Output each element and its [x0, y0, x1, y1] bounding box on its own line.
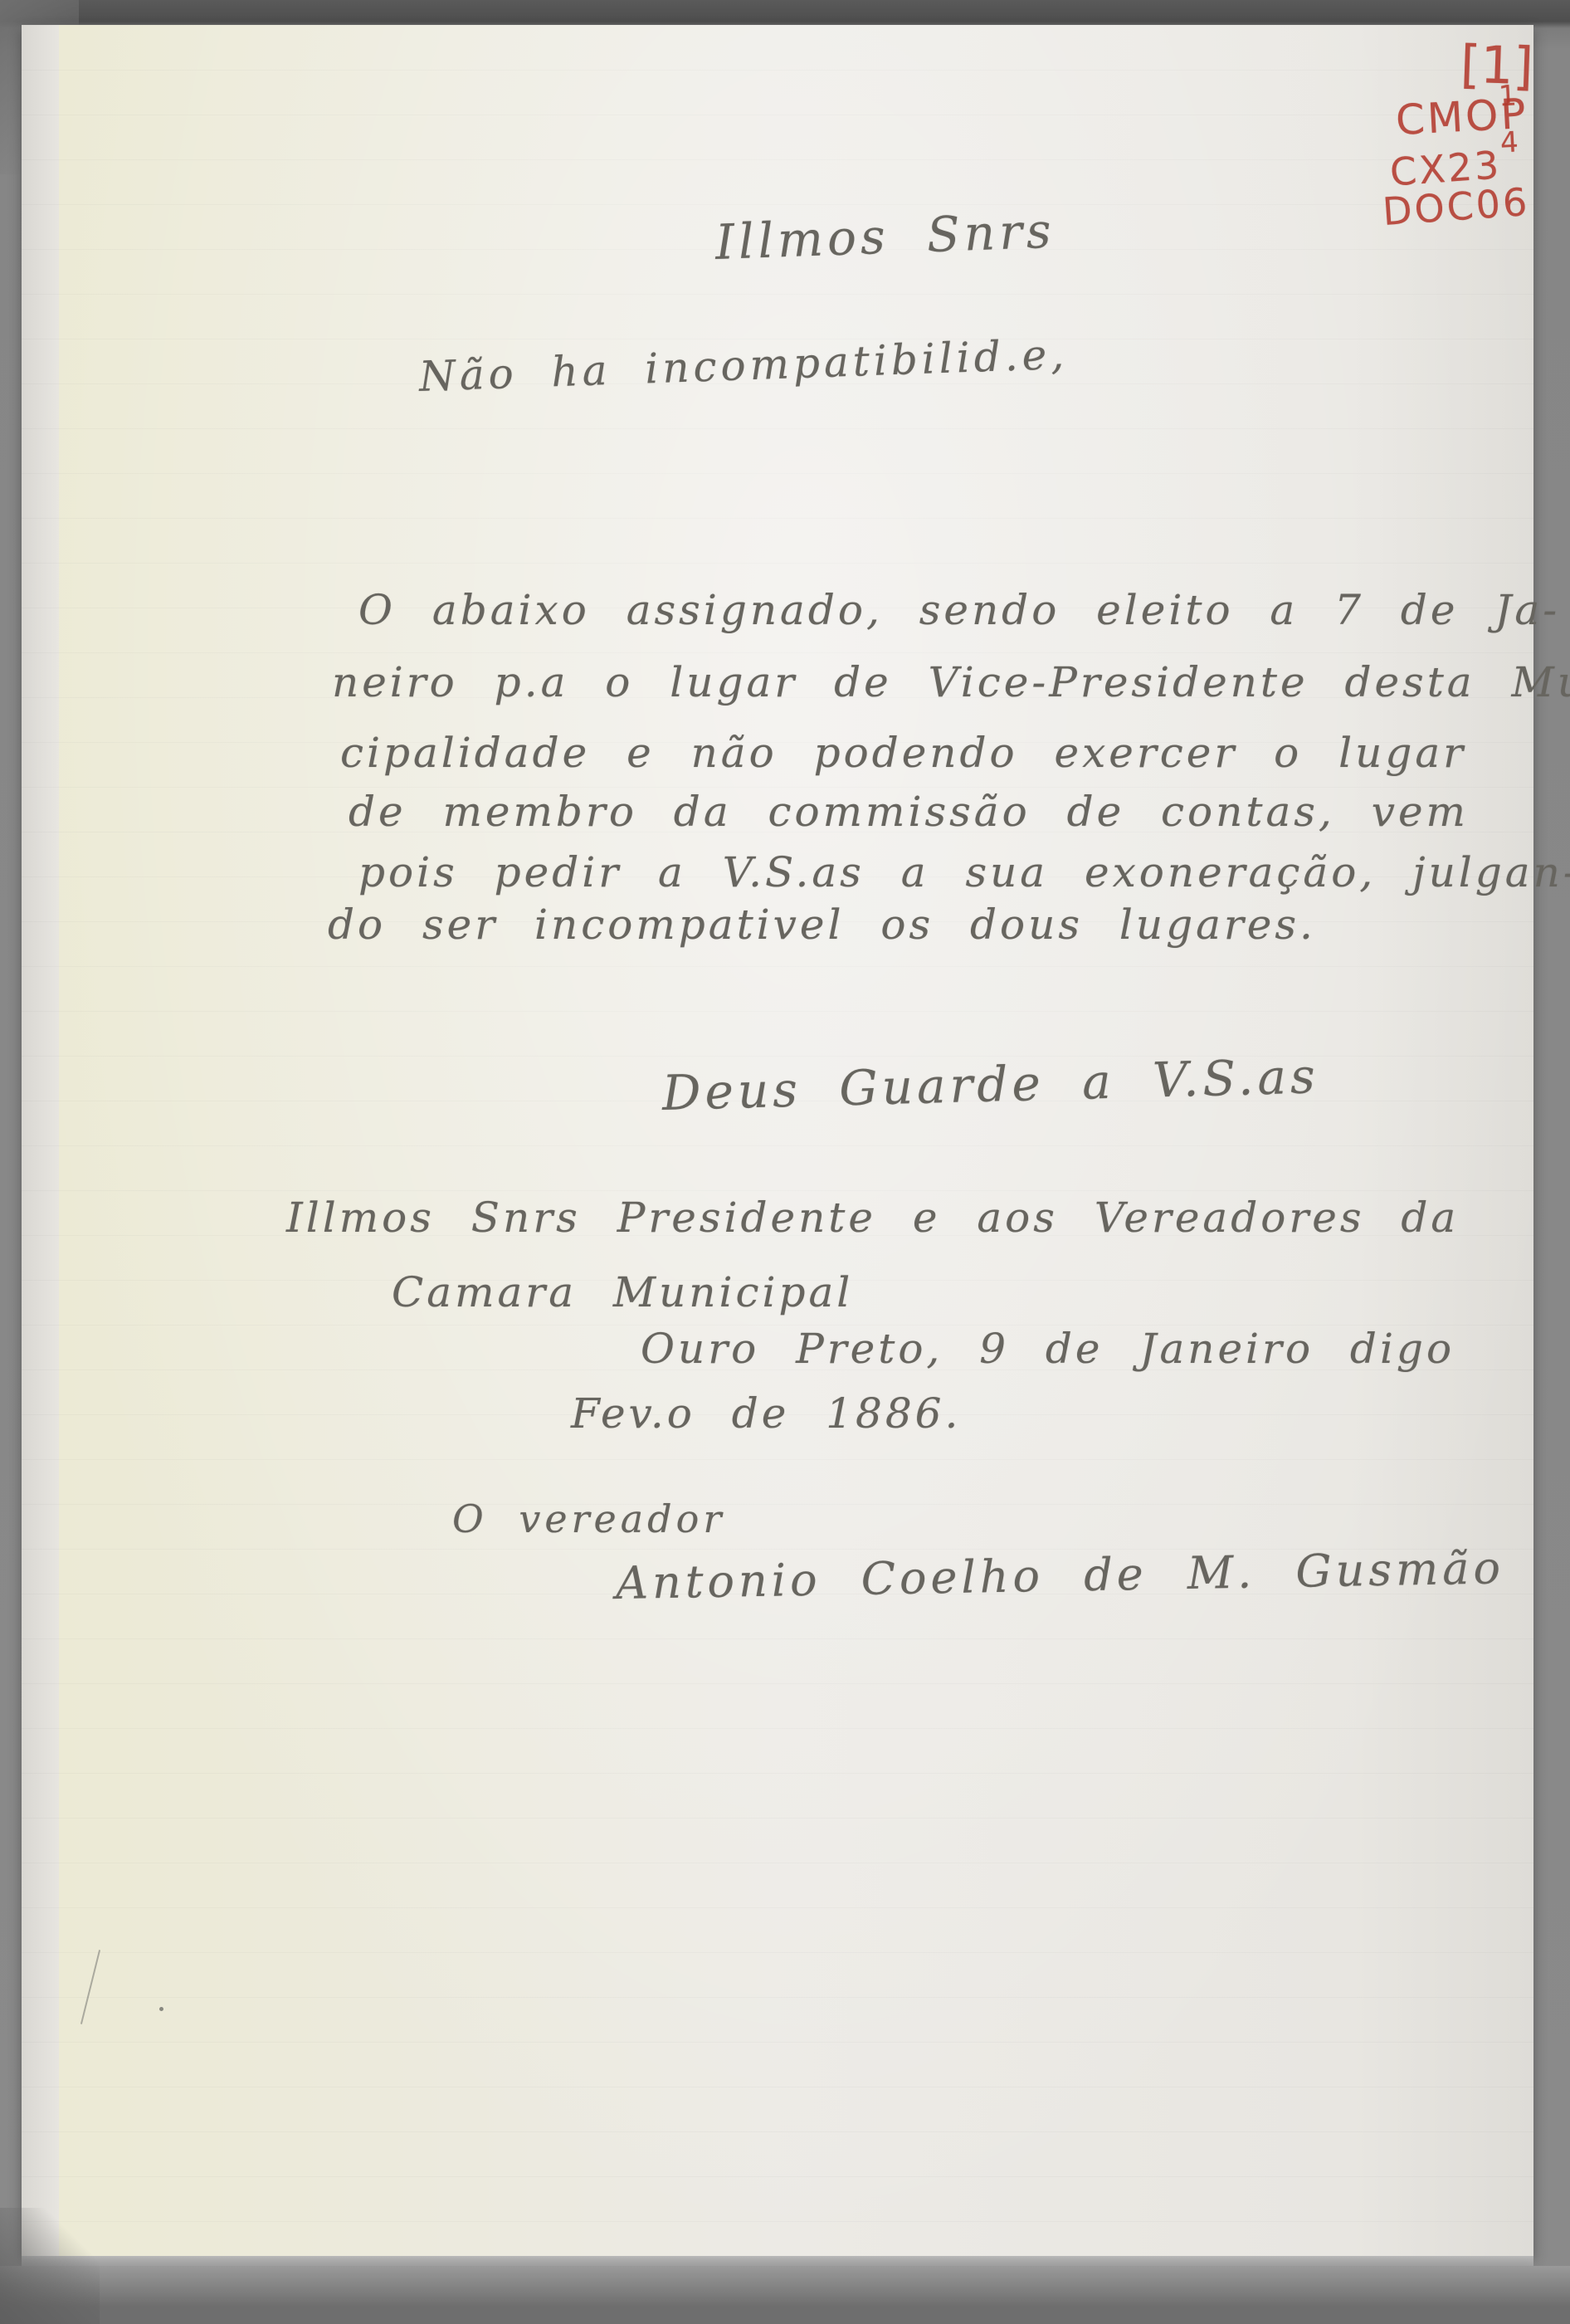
letter-body-line: do ser incompativel os dous lugares.	[328, 901, 1316, 949]
archival-collection-subscript: 4	[1499, 125, 1519, 159]
scanner-bed-bottom	[0, 2266, 1570, 2324]
letter-date-line: Ouro Preto, 9 de Janeiro digo	[641, 1325, 1455, 1373]
scanner-bed-corner	[0, 2208, 100, 2324]
letter-body-line: pois pedir a V.S.as a sua exoneração, ju…	[358, 848, 1570, 896]
letter-address-line: Illmos Snrs Presidente e aos Vereadores …	[286, 1194, 1459, 1242]
signature-role: O vereador	[452, 1496, 725, 1541]
letter-body-line: neiro p.a o lugar de Vice-Presidente des…	[332, 658, 1570, 706]
scanned-document: [1] CMOP 1 4 CX23 DOC06 Illmos Snrs Não …	[0, 0, 1570, 2324]
letter-body-line: de membro da commissão de contas, vem	[349, 788, 1469, 836]
stray-ink-dot	[159, 2007, 163, 2011]
archival-collection-superscript: 1	[1498, 79, 1518, 113]
letter-address-line: Camara Municipal	[392, 1268, 853, 1316]
letter-salutation: Illmos Snrs	[714, 203, 1056, 271]
archival-page-number: [1]	[1460, 33, 1534, 96]
letter-body-line: O abaixo assignado, sendo eleito a 7 de …	[358, 586, 1560, 634]
letter-body-line: cipalidade e não podendo exercer o lugar	[340, 729, 1466, 777]
letter-date-line: Fev.o de 1886.	[571, 1389, 961, 1438]
